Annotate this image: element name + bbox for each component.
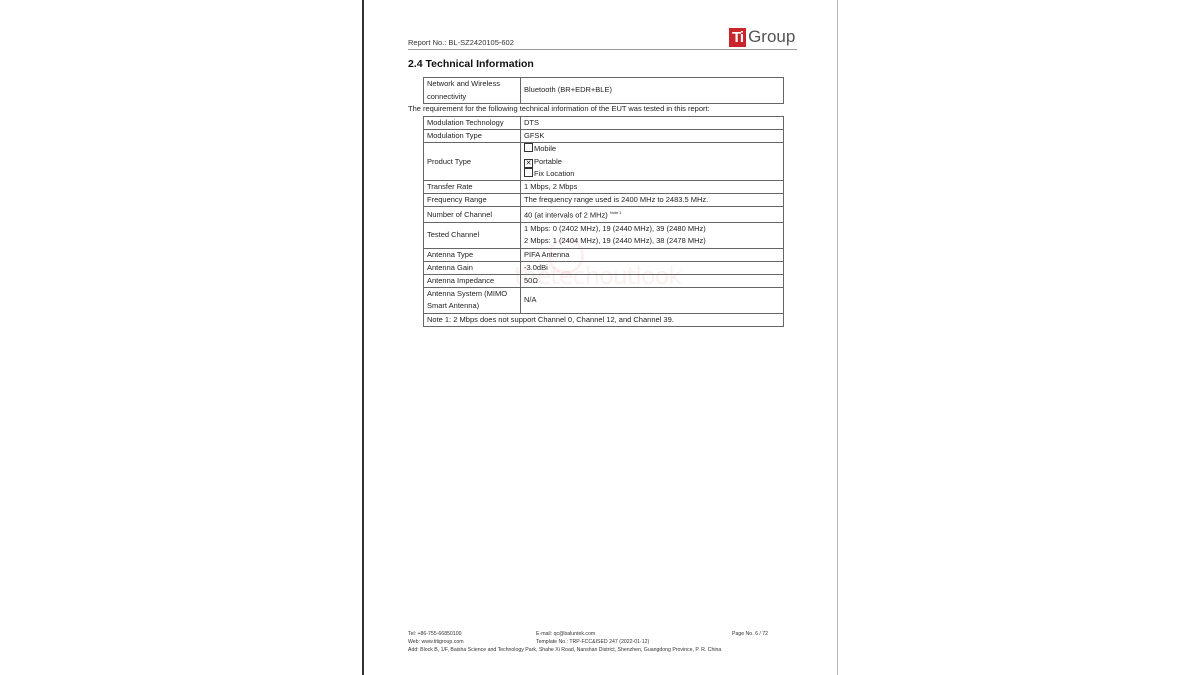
row-label: Tested Channel: [424, 223, 521, 248]
table-row: Antenna System (MIMO Smart Antenna) N/A: [424, 288, 784, 313]
row-value: DTS: [521, 117, 784, 130]
logo-mark: Ti: [729, 28, 746, 47]
network-value: Bluetooth (BR+EDR+BLE): [521, 78, 784, 104]
network-table: Network and Wireless connectivity Blueto…: [423, 77, 784, 104]
channel-count: 40 (at intervals of 2 MHz): [524, 211, 608, 220]
product-type-options: Mobile ✕Portable Fix Location: [521, 143, 784, 181]
row-label: Number of Channel: [424, 207, 521, 223]
row-label: Transfer Rate: [424, 181, 521, 194]
table-row: Number of Channel 40 (at intervals of 2 …: [424, 207, 784, 223]
table-note: Note 1: 2 Mbps does not support Channel …: [424, 313, 784, 326]
table-row: Tested Channel 1 Mbps: 0 (2402 MHz), 19 …: [424, 223, 784, 248]
logo-text: Group: [748, 27, 795, 47]
row-value: 40 (at intervals of 2 MHz) Note 1: [521, 207, 784, 223]
checkbox-checked-icon: ✕: [524, 159, 533, 168]
row-label: Product Type: [424, 143, 521, 181]
row-label: Antenna Type: [424, 248, 521, 261]
footer-template: Template No.: TRP-FCC&ISED 247 (2022-01-…: [536, 638, 732, 646]
table-row: Antenna Impedance 50Ω: [424, 274, 784, 287]
row-value: 1 Mbps: 0 (2402 MHz), 19 (2440 MHz), 39 …: [521, 223, 784, 248]
option-portable: ✕Portable: [524, 156, 780, 168]
row-label: Antenna Impedance: [424, 274, 521, 287]
footer-address: Add: Block B, 1/F, Baisha Science and Te…: [408, 646, 721, 654]
section-title: 2.4 Technical Information: [408, 58, 534, 70]
row-value: N/A: [521, 288, 784, 313]
row-value: The frequency range used is 2400 MHz to …: [521, 194, 784, 207]
option-label: Mobile: [534, 144, 556, 153]
table-row: Product Type Mobile ✕Portable Fix Locati…: [424, 143, 784, 181]
intro-text: The requirement for the following techni…: [408, 104, 710, 113]
page-number: Page No. 6 / 72: [732, 630, 768, 638]
tested-channel-2mbps: 2 Mbps: 1 (2404 MHz), 19 (2440 MHz), 38 …: [524, 235, 780, 247]
option-label: Portable: [534, 157, 562, 166]
table-row: Frequency Range The frequency range used…: [424, 194, 784, 207]
table-row: Modulation Type GFSK: [424, 130, 784, 143]
row-label: Antenna Gain: [424, 261, 521, 274]
row-value: -3.0dBi: [521, 261, 784, 274]
checkbox-icon: [524, 168, 533, 177]
table-row: Antenna Gain -3.0dBi: [424, 261, 784, 274]
row-label: Modulation Technology: [424, 117, 521, 130]
table-row: Modulation Technology DTS: [424, 117, 784, 130]
tigroup-logo: Ti Group: [729, 27, 795, 47]
technical-info-table: Modulation Technology DTS Modulation Typ…: [423, 116, 784, 327]
row-value: PIFA Antenna: [521, 248, 784, 261]
option-fix-location: Fix Location: [524, 168, 780, 180]
row-label: Modulation Type: [424, 130, 521, 143]
table-row: Note 1: 2 Mbps does not support Channel …: [424, 313, 784, 326]
table-row: Antenna Type PIFA Antenna: [424, 248, 784, 261]
row-label: Antenna System (MIMO Smart Antenna): [424, 288, 521, 313]
table-row: Network and Wireless connectivity Blueto…: [424, 78, 784, 104]
row-value: 1 Mbps, 2 Mbps: [521, 181, 784, 194]
report-number: Report No.: BL-SZ2420105-602: [408, 38, 514, 47]
tested-channel-1mbps: 1 Mbps: 0 (2402 MHz), 19 (2440 MHz), 39 …: [524, 223, 780, 235]
option-label: Fix Location: [534, 169, 574, 178]
option-mobile: Mobile: [524, 143, 780, 155]
footer-web: Web: www.titigroup.com: [408, 638, 536, 646]
row-value: 50Ω: [521, 274, 784, 287]
checkbox-icon: [524, 143, 533, 152]
footer-tel: Tel: +86-755-66850100: [408, 630, 536, 638]
header-divider: [408, 49, 797, 50]
row-value: GFSK: [521, 130, 784, 143]
note-reference: Note 1: [610, 210, 622, 215]
network-label: Network and Wireless connectivity: [424, 78, 521, 104]
page-footer: Tel: +86-755-66850100 E-mail: qc@balunte…: [408, 630, 797, 654]
footer-email: E-mail: qc@baluntek.com: [536, 630, 732, 638]
row-label: Frequency Range: [424, 194, 521, 207]
document-page: Report No.: BL-SZ2420105-602 Ti Group 2.…: [362, 0, 838, 675]
table-row: Transfer Rate 1 Mbps, 2 Mbps: [424, 181, 784, 194]
